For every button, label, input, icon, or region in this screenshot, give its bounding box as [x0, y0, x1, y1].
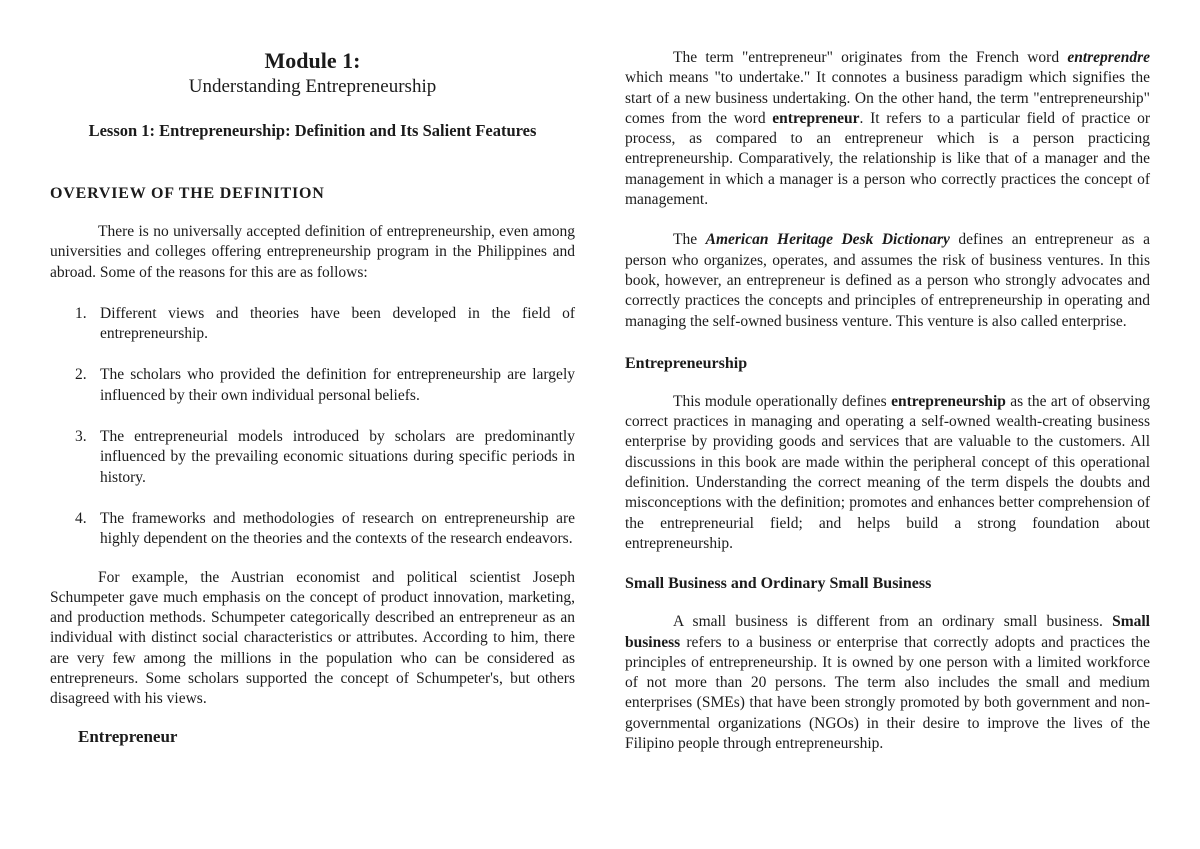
entrepreneur-heading: Entrepreneur — [50, 726, 575, 747]
intro-paragraph: There is no universally accepted definit… — [50, 222, 575, 283]
term-origin-paragraph: The term "entrepreneur" originates from … — [625, 48, 1150, 210]
list-number: 2. — [75, 365, 100, 406]
list-text: The scholars who provided the definition… — [100, 365, 575, 406]
dictionary-definition-paragraph: The American Heritage Desk Dictionary de… — [625, 230, 1150, 331]
module-title: Module 1: — [50, 48, 575, 74]
entrepreneurship-heading: Entrepreneurship — [625, 354, 1150, 374]
operational-definition-paragraph: This module operationally defines entrep… — [625, 392, 1150, 554]
overview-section-heading: OVERVIEW OF THE DEFINITION — [50, 184, 575, 204]
list-text: Different views and theories have been d… — [100, 304, 575, 345]
left-column: Module 1: Understanding Entrepreneurship… — [50, 48, 575, 849]
right-column: The term "entrepreneur" originates from … — [625, 48, 1150, 849]
list-item-reason-1: 1. Different views and theories have bee… — [50, 304, 575, 345]
list-item-reason-4: 4. The frameworks and methodologies of r… — [50, 509, 575, 550]
schumpeter-example-paragraph: For example, the Austrian economist and … — [50, 568, 575, 710]
module-subtitle: Understanding Entrepreneurship — [50, 74, 575, 99]
list-text: The entrepreneurial models introduced by… — [100, 427, 575, 488]
list-text: The frameworks and methodologies of rese… — [100, 509, 575, 550]
small-business-heading: Small Business and Ordinary Small Busine… — [625, 574, 1150, 594]
list-number: 1. — [75, 304, 100, 345]
lesson-title: Lesson 1: Entrepreneurship: Definition a… — [50, 120, 575, 142]
document-page: Module 1: Understanding Entrepreneurship… — [0, 0, 1200, 849]
list-number: 4. — [75, 509, 100, 550]
small-business-paragraph: A small business is different from an or… — [625, 612, 1150, 754]
title-block: Module 1: Understanding Entrepreneurship… — [50, 48, 575, 142]
list-item-reason-2: 2. The scholars who provided the definit… — [50, 365, 575, 406]
list-number: 3. — [75, 427, 100, 488]
list-item-reason-3: 3. The entrepreneurial models introduced… — [50, 427, 575, 488]
